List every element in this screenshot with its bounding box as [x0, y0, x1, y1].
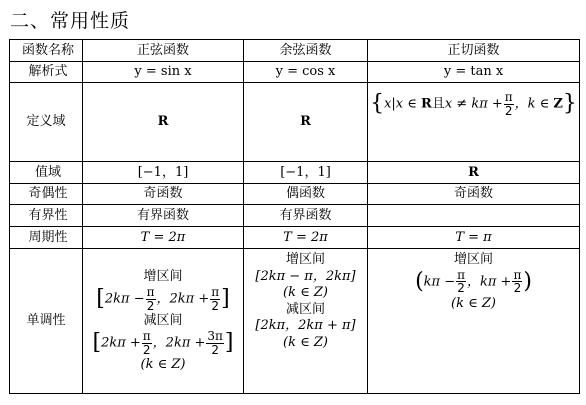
period-row: 周期性 T = 2π T = 2π T = π	[10, 227, 580, 249]
parity-row: 奇偶性 奇函数 偶函数 奇函数	[10, 184, 580, 205]
monotonic-sin: 增区间 [2kπ −π2，2kπ +π2] 减区间 [2kπ +π2，2kπ +…	[83, 249, 244, 394]
col-cos: 余弦函数	[244, 40, 368, 62]
section-title: 二、常用性质	[10, 6, 130, 33]
domain-sin: R	[83, 83, 244, 162]
range-tan: R	[368, 162, 580, 184]
parity-cos: 偶函数	[244, 184, 368, 205]
col-sin: 正弦函数	[83, 40, 244, 62]
domain-row: 定义域 R R {x|x ∈ R且x ≠ kπ +π2，k ∈ Z}	[10, 83, 580, 162]
formula-tan: y = tan x	[368, 62, 580, 83]
domain-cos: R	[244, 83, 368, 162]
monotonic-tan: 增区间 (kπ −π2，kπ +π2) (k ∈ Z)	[368, 249, 580, 394]
period-tan: T = π	[368, 227, 580, 249]
range-row: 值域 [−1，1] [−1，1] R	[10, 162, 580, 184]
period-sin: T = 2π	[83, 227, 244, 249]
parity-tan: 奇函数	[368, 184, 580, 205]
header-row: 函数名称 正弦函数 余弦函数 正切函数	[10, 40, 580, 62]
domain-label: 定义域	[10, 83, 83, 162]
monotonic-row: 单调性 增区间 [2kπ −π2，2kπ +π2] 减区间 [2kπ +π2，2…	[10, 249, 580, 394]
formula-row: 解析式 y = sin x y = cos x y = tan x	[10, 62, 580, 83]
bounded-label: 有界性	[10, 205, 83, 227]
period-cos: T = 2π	[244, 227, 368, 249]
bounded-cos: 有界函数	[244, 205, 368, 227]
parity-sin: 奇函数	[83, 184, 244, 205]
domain-tan: {x|x ∈ R且x ≠ kπ +π2，k ∈ Z}	[368, 83, 580, 162]
formula-label: 解析式	[10, 62, 83, 83]
cos-increasing-interval: [2kπ − π，2kπ]	[244, 269, 367, 285]
col-tan: 正切函数	[368, 40, 580, 62]
range-cos: [−1，1]	[244, 162, 368, 184]
bounded-tan	[368, 205, 580, 227]
formula-cos: y = cos x	[244, 62, 368, 83]
range-sin: [−1，1]	[83, 162, 244, 184]
sin-increasing-interval: [2kπ −π2，2kπ +π2]	[83, 286, 243, 312]
bounded-row: 有界性 有界函数 有界函数	[10, 205, 580, 227]
monotonic-cos: 增区间 [2kπ − π，2kπ] (k ∈ Z) 减区间 [2kπ，2kπ +…	[244, 249, 368, 394]
bounded-sin: 有界函数	[83, 205, 244, 227]
formula-sin: y = sin x	[83, 62, 244, 83]
fraction: π2	[504, 91, 514, 117]
parity-label: 奇偶性	[10, 184, 83, 205]
sin-decreasing-interval: [2kπ +π2，2kπ +3π2]	[83, 330, 243, 356]
range-label: 值域	[10, 162, 83, 184]
period-label: 周期性	[10, 227, 83, 249]
trig-properties-table: 函数名称 正弦函数 余弦函数 正切函数 解析式 y = sin x y = co…	[9, 39, 580, 394]
monotonic-label: 单调性	[10, 249, 83, 394]
cos-decreasing-interval: [2kπ，2kπ + π]	[244, 318, 367, 334]
header-label: 函数名称	[10, 40, 83, 62]
tan-increasing-interval: (kπ −π2，kπ +π2)	[368, 269, 579, 295]
